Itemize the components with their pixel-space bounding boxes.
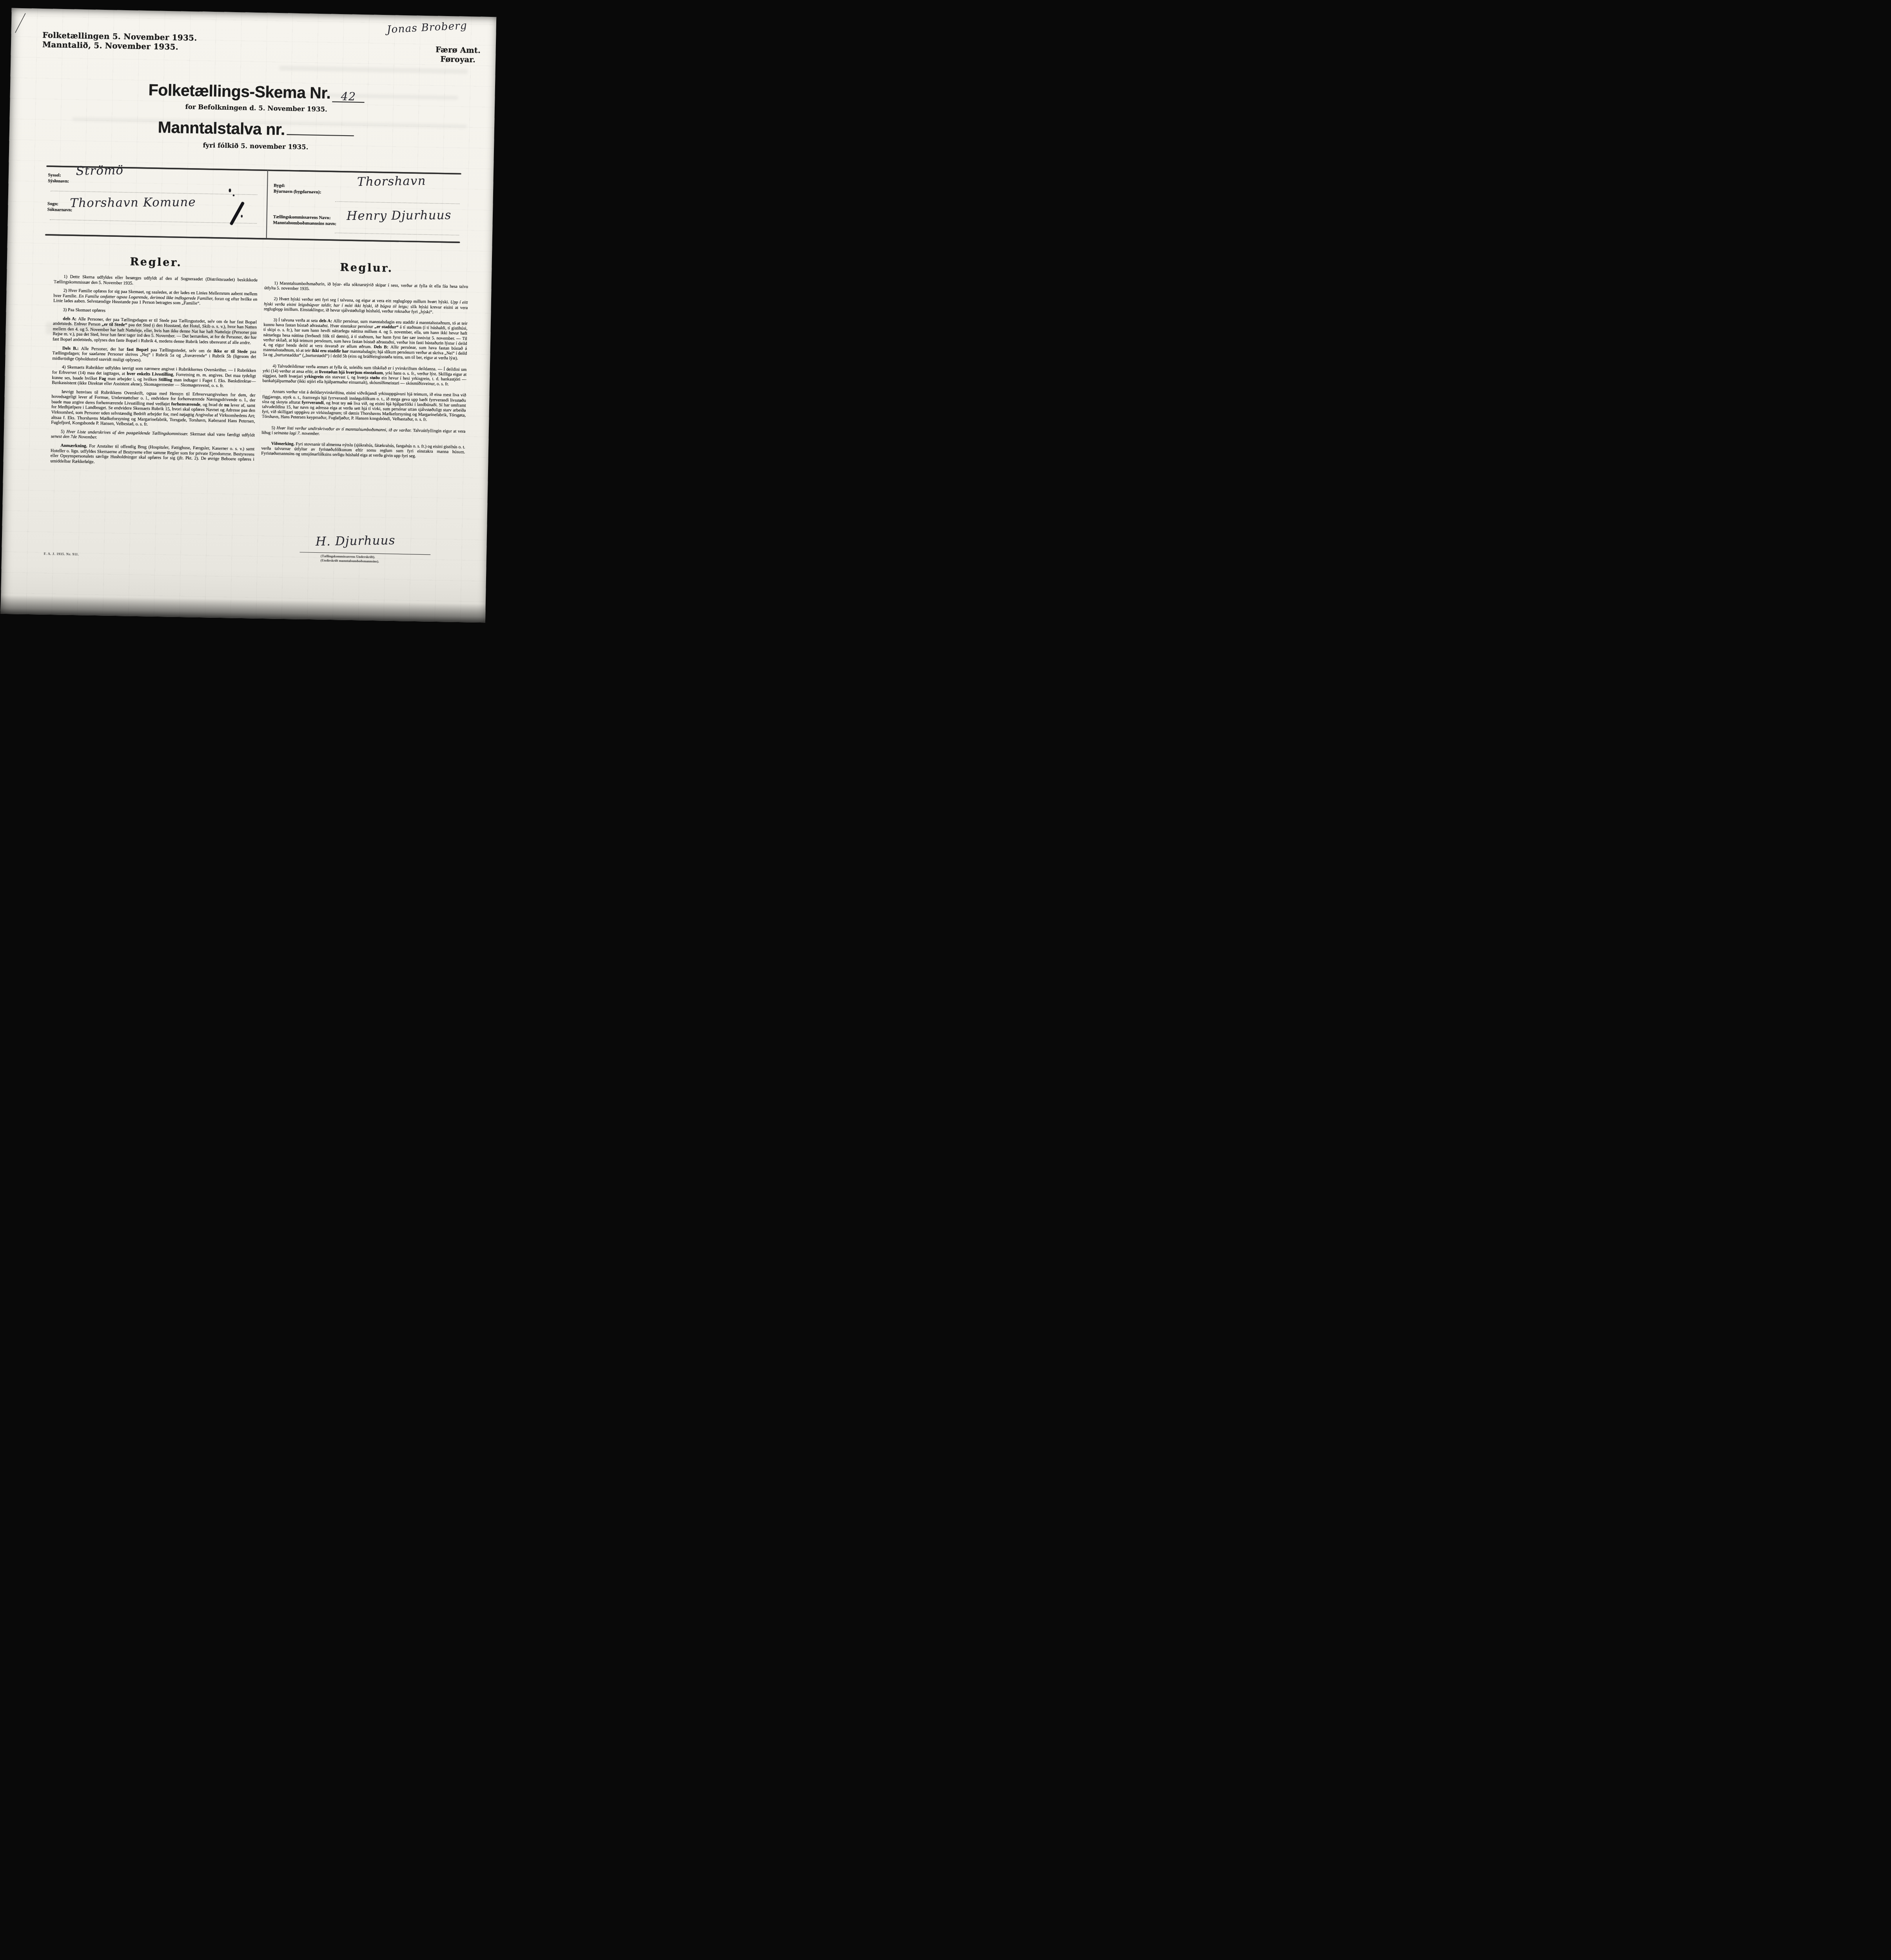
ink-blot-droplet	[241, 215, 243, 218]
field-label-syssel: Syssel: Sýslunavn:	[48, 173, 69, 185]
sogn-label-danish: Sogn:	[47, 201, 73, 207]
scan-bottom-shadow	[0, 595, 485, 623]
census-form-page: Folketællingen 5. November 1935. Manntal…	[0, 8, 496, 623]
rule-paragraph: 2) Hver Familie opføres for sig paa Skem…	[53, 288, 258, 307]
rule-paragraph: 4) Talvudeildirnar verða annars at fylla…	[263, 363, 467, 387]
commissioner-label-faroese: Manntalsumboðsmannsins navn:	[273, 220, 336, 227]
commissioner-entry-line	[335, 233, 459, 236]
printer-mark: F. A. J. 1935. Nr. 911.	[44, 552, 79, 557]
pen-slash-mark	[14, 12, 27, 34]
signature-caption-faroese: (Undirskrift manntalsumboðsmannsins).	[321, 558, 379, 563]
scanner-background: { "colors": { "paper": "#f3f1ea", "ink":…	[0, 0, 540, 639]
sogn-label-faroese: Sóknarnavn:	[47, 207, 73, 213]
field-label-commissioner: Tællingskommissærens Navn: Manntalsumboð…	[273, 214, 336, 227]
scan-frame: Folketællingen 5. November 1935. Manntal…	[0, 0, 540, 639]
field-label-bygd: Bygd: Býarnavn (bygdarnavn):	[274, 183, 321, 195]
bygd-entry-line	[335, 201, 460, 204]
field-label-sogn: Sogn: Sóknarnavn:	[47, 201, 73, 213]
sogn-value: Thorshavn Komune	[70, 195, 196, 210]
header-right-line2: Føroyar.	[424, 54, 492, 65]
form-number-value: 42	[341, 90, 356, 103]
bygd-label-danish: Bygd:	[274, 183, 321, 190]
rules-heading-danish: Regler.	[54, 254, 258, 270]
rule-paragraph: 1) Manntalsumboðsmaðurin, ið býar- ella …	[264, 281, 468, 294]
syssel-label-faroese: Sýslunavn:	[48, 178, 69, 184]
rules-column-danish: 1) Dette Skema udfyldes eller besørges u…	[50, 274, 258, 471]
bygd-value: Thorshavn	[357, 174, 426, 189]
header-right-line1: Færø Amt.	[424, 45, 492, 56]
form-number-slot: 42	[332, 88, 365, 103]
rule-paragraph: Annars verður víst á deildaryvirskriftin…	[262, 389, 466, 423]
syssel-label-danish: Syssel:	[48, 173, 69, 179]
commissioner-signature: H. Djurhuus	[316, 534, 396, 549]
rule-paragraph: 2) Hvørt hýski verður sett fyri seg í ta…	[264, 296, 468, 315]
header-left: Folketællingen 5. November 1935. Manntal…	[42, 31, 197, 53]
ink-blot	[229, 201, 245, 225]
bleedthrough-artifact	[279, 66, 468, 74]
ink-blot-droplet	[233, 194, 235, 196]
form-title-faroese: Manntalstalva nr.	[158, 118, 285, 139]
title-line-danish: Folketællings-Skema Nr. 42	[86, 79, 427, 104]
rule-paragraph: 5) Hver Liste underskrives af den paagæl…	[51, 429, 255, 443]
rule-paragraph: Viðmerking. Fyri stovnanir til almenna n…	[261, 441, 465, 460]
faroese-number-slot	[287, 119, 354, 136]
rule-paragraph: Anmærkning. For Anstalter til offentlig …	[50, 443, 254, 468]
corner-handwritten-note: Jonas Broberg	[387, 20, 467, 36]
title-block: Folketællings-Skema Nr. 42 for Befolknin…	[85, 79, 427, 153]
title-line-faroese: Manntalstalva nr.	[85, 115, 426, 142]
fields-column-divider	[266, 170, 268, 238]
signature-caption: (Tællingskommissærens Underskrift). (Und…	[321, 554, 379, 563]
signature-line	[299, 552, 430, 555]
syssel-value: Strömö	[76, 163, 123, 178]
rule-paragraph: 3) Í talvuna verða at seta dels A: Allir…	[263, 318, 468, 361]
rule-paragraph: Iøvrigt henvises til Rubrikkens Overskri…	[51, 389, 256, 429]
bygd-label-faroese: Býarnavn (bygdarnavn):	[274, 189, 321, 196]
rules-column-faroese: 1) Manntalsumboðsmaðurin, ið býar- ella …	[261, 281, 468, 466]
fields-bottom-rule	[45, 234, 460, 243]
syssel-entry-line	[51, 191, 258, 195]
form-subtitle-faroese: fyri fólkið 5. november 1935.	[85, 140, 426, 153]
header-right: Færø Amt. Føroyar.	[424, 45, 492, 65]
form-title-danish: Folketællings-Skema Nr.	[148, 80, 331, 102]
rule-paragraph: 5) Hvør listi verður undirskrivaður av t…	[261, 425, 465, 439]
ink-blot-droplet	[229, 189, 231, 192]
rule-paragraph: 1) Dette Skema udfyldes eller besørges u…	[54, 274, 258, 288]
rule-paragraph: dels A: Alle Personer, der paa Tællingsd…	[53, 316, 257, 346]
rules-heading-faroese: Reglur.	[265, 259, 469, 276]
commissioner-value: Henry Djurhuus	[347, 208, 452, 223]
rule-paragraph: 3) Paa Skemaet opføres	[53, 307, 257, 316]
rule-paragraph: Dels B.: Alle Personer, der har fast Bop…	[52, 346, 256, 365]
sogn-entry-line	[50, 220, 257, 224]
rule-paragraph: 4) Skemaets Rubrikker udfyldes iøvrigt s…	[52, 365, 256, 390]
